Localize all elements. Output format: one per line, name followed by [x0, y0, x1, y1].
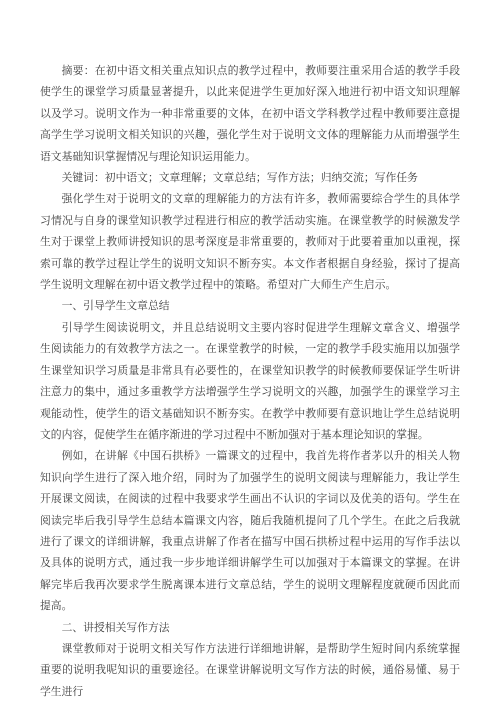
section-1-example-paragraph: 例如，在讲解《中国石拱桥》一篇课文的过程中，我首先将作者茅以升的相关人物知识向学… — [40, 446, 460, 617]
keywords-line: 关键词：初中语文；文章理解；文章总结；写作方法；归纳交流；写作任务 — [40, 168, 460, 189]
section-1-paragraph: 引导学生阅读说明文，并且总结说明文主要内容时促进学生理解文章含义、增强学生阅读能… — [40, 318, 460, 446]
document-page: 摘要：在初中语文相关重点知识点的教学过程中，教师要注重采用合适的教学手段使学生的… — [0, 0, 500, 707]
section-1-heading: 一、引导学生文章总结 — [40, 296, 460, 317]
document-body: 摘要：在初中语文相关重点知识点的教学过程中，教师要注重采用合适的教学手段使学生的… — [40, 61, 460, 703]
section-2-paragraph: 课堂教师对于说明文相关写作方法进行详细地讲解，是帮助学生短时间内系统掌握重要的说… — [40, 639, 460, 703]
introduction-paragraph: 强化学生对于说明文的文章的理解能力的方法有许多，教师需要综合学生的具体学习情况与… — [40, 189, 460, 296]
section-2-heading: 二、讲授相关写作方法 — [40, 618, 460, 639]
abstract-paragraph: 摘要：在初中语文相关重点知识点的教学过程中，教师要注重采用合适的教学手段使学生的… — [40, 61, 460, 168]
